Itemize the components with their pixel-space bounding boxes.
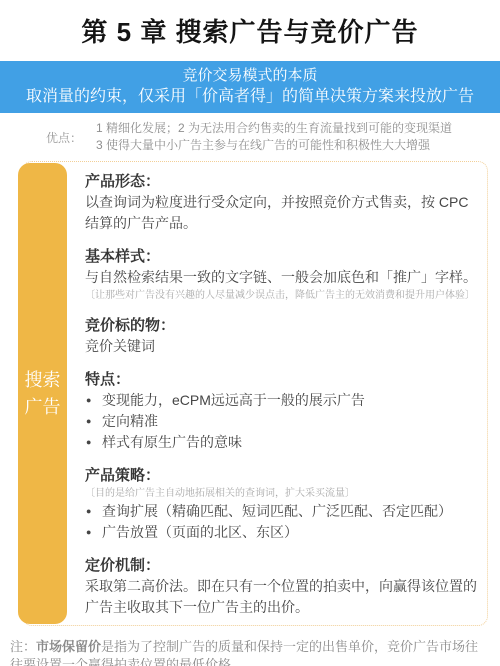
bullet-item: 广告放置（页面的北区、东区） xyxy=(85,522,480,543)
section-body: 采取第二高价法。即在只有一个位置的拍卖中，向赢得该位置的广告主收取其下一位广告主… xyxy=(85,576,480,618)
section-pricing-mechanism: 定价机制： 采取第二高价法。即在只有一个位置的拍卖中，向赢得该位置的广告主收取其… xyxy=(85,555,480,618)
section-note: 〔让那些对广告没有兴趣的人尽量减少误点击，降低广告主的无效消费和提升用户体验〕 xyxy=(85,288,480,303)
bullet-list: 变现能力，eCPM远远高于一般的展示广告 定向精准 样式有原生广告的意味 xyxy=(85,390,480,453)
bullet-item: 定向精准 xyxy=(85,411,480,432)
banner: 竞价交易模式的本质 取消量的约束，仅采用「价高者得」的简单决策方案来投放广告 xyxy=(0,61,500,113)
bullet-item: 查询扩展（精确匹配、短词匹配、广泛匹配、否定匹配） xyxy=(85,501,480,522)
section-bid-object: 竞价标的物： 竞价关键词 xyxy=(85,315,480,357)
banner-statement: 取消量的约束，仅采用「价高者得」的简单决策方案来投放广告 xyxy=(0,86,500,107)
section-heading: 产品形态： xyxy=(85,171,480,192)
section-heading: 基本样式： xyxy=(85,246,480,267)
advantage-line-2: 3 使得大量中小广告主参与在线广告的可能性和积极性大大增强 xyxy=(96,137,452,154)
advantage-line-1: 1 精细化发展；2 为无法用合约售卖的生育流量找到可能的变现渠道 xyxy=(96,120,452,137)
section-heading: 定价机制： xyxy=(85,555,480,576)
bullet-item: 样式有原生广告的意味 xyxy=(85,432,480,453)
section-body: 与自然检索结果一致的文字链、一般会加底色和「推广」字样。 xyxy=(85,267,480,288)
footer-prefix: 注： xyxy=(10,639,36,654)
section-features: 特点： 变现能力，eCPM远远高于一般的展示广告 定向精准 样式有原生广告的意味 xyxy=(85,369,480,453)
section-heading: 竞价标的物： xyxy=(85,315,480,336)
section-heading: 特点： xyxy=(85,369,480,390)
advantages-label: 优点： xyxy=(46,129,82,146)
advantages-block: 优点： 1 精细化发展；2 为无法用合约售卖的生育流量找到可能的变现渠道 3 使… xyxy=(46,120,500,154)
footer-note: 注：市场保留价是指为了控制广告的质量和保持一定的出售单价，竞价广告市场往往要设置… xyxy=(10,638,490,666)
section-heading: 产品策略： xyxy=(85,465,480,486)
section-body: 以查询词为粒度进行受众定向，并按照竞价方式售卖，按 CPC 结算的广告产品。 xyxy=(85,192,480,234)
bullet-list: 查询扩展（精确匹配、短词匹配、广泛匹配、否定匹配） 广告放置（页面的北区、东区） xyxy=(85,501,480,543)
section-note: 〔目的是给广告主自动地拓展相关的查询词，扩大采买流量〕 xyxy=(85,486,480,501)
side-tab-search-ads: 搜索 广告 xyxy=(18,163,67,624)
section-product-strategy: 产品策略： 〔目的是给广告主自动地拓展相关的查询词，扩大采买流量〕 查询扩展（精… xyxy=(85,465,480,543)
banner-subtitle: 竞价交易模式的本质 xyxy=(0,66,500,85)
advantages-lines: 1 精细化发展；2 为无法用合约售卖的生育流量找到可能的变现渠道 3 使得大量中… xyxy=(96,120,452,154)
side-tab-label: 搜索 广告 xyxy=(25,367,61,421)
content-card: 搜索 广告 产品形态： 以查询词为粒度进行受众定向，并按照竞价方式售卖，按 CP… xyxy=(18,161,488,626)
bullet-item: 变现能力，eCPM远远高于一般的展示广告 xyxy=(85,390,480,411)
section-body: 竞价关键词 xyxy=(85,336,480,357)
card-content: 产品形态： 以查询词为粒度进行受众定向，并按照竞价方式售卖，按 CPC 结算的广… xyxy=(85,171,480,620)
page-title: 第 5 章 搜索广告与竞价广告 xyxy=(0,14,500,50)
section-product-form: 产品形态： 以查询词为粒度进行受众定向，并按照竞价方式售卖，按 CPC 结算的广… xyxy=(85,171,480,234)
footer-term: 市场保留价 xyxy=(36,639,101,654)
section-basic-style: 基本样式： 与自然检索结果一致的文字链、一般会加底色和「推广」字样。 〔让那些对… xyxy=(85,246,480,303)
